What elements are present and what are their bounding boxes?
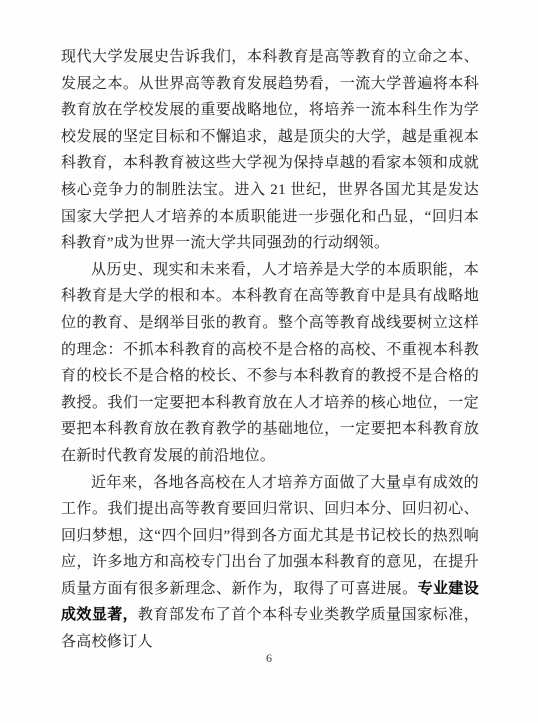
paragraph-text: 现代大学发展史告诉我们，本科教育是高等教育的立命之本、发展之本。从世界高等教育发… bbox=[61, 49, 479, 251]
paragraph-text: 近年来，各地各高校在人才培养方面做了大量卓有成效的工作。我们提出高等教育要回归常… bbox=[61, 475, 479, 597]
document-page: 现代大学发展史告诉我们，本科教育是高等教育的立命之本、发展之本。从世界高等教育发… bbox=[0, 0, 538, 723]
paragraph-text: 从历史、现实和未来看，人才培养是大学的本质职能，本科教育是大学的根和本。本科教育… bbox=[61, 262, 479, 464]
page-number: 6 bbox=[0, 651, 538, 666]
paragraph-3: 近年来，各地各高校在人才培养方面做了大量卓有成效的工作。我们提出高等教育要回归常… bbox=[61, 470, 479, 656]
paragraph-1: 现代大学发展史告诉我们，本科教育是高等教育的立命之本、发展之本。从世界高等教育发… bbox=[61, 44, 479, 257]
paragraph-2: 从历史、现实和未来看，人才培养是大学的本质职能，本科教育是大学的根和本。本科教育… bbox=[61, 257, 479, 470]
document-body: 现代大学发展史告诉我们，本科教育是高等教育的立命之本、发展之本。从世界高等教育发… bbox=[61, 44, 479, 656]
